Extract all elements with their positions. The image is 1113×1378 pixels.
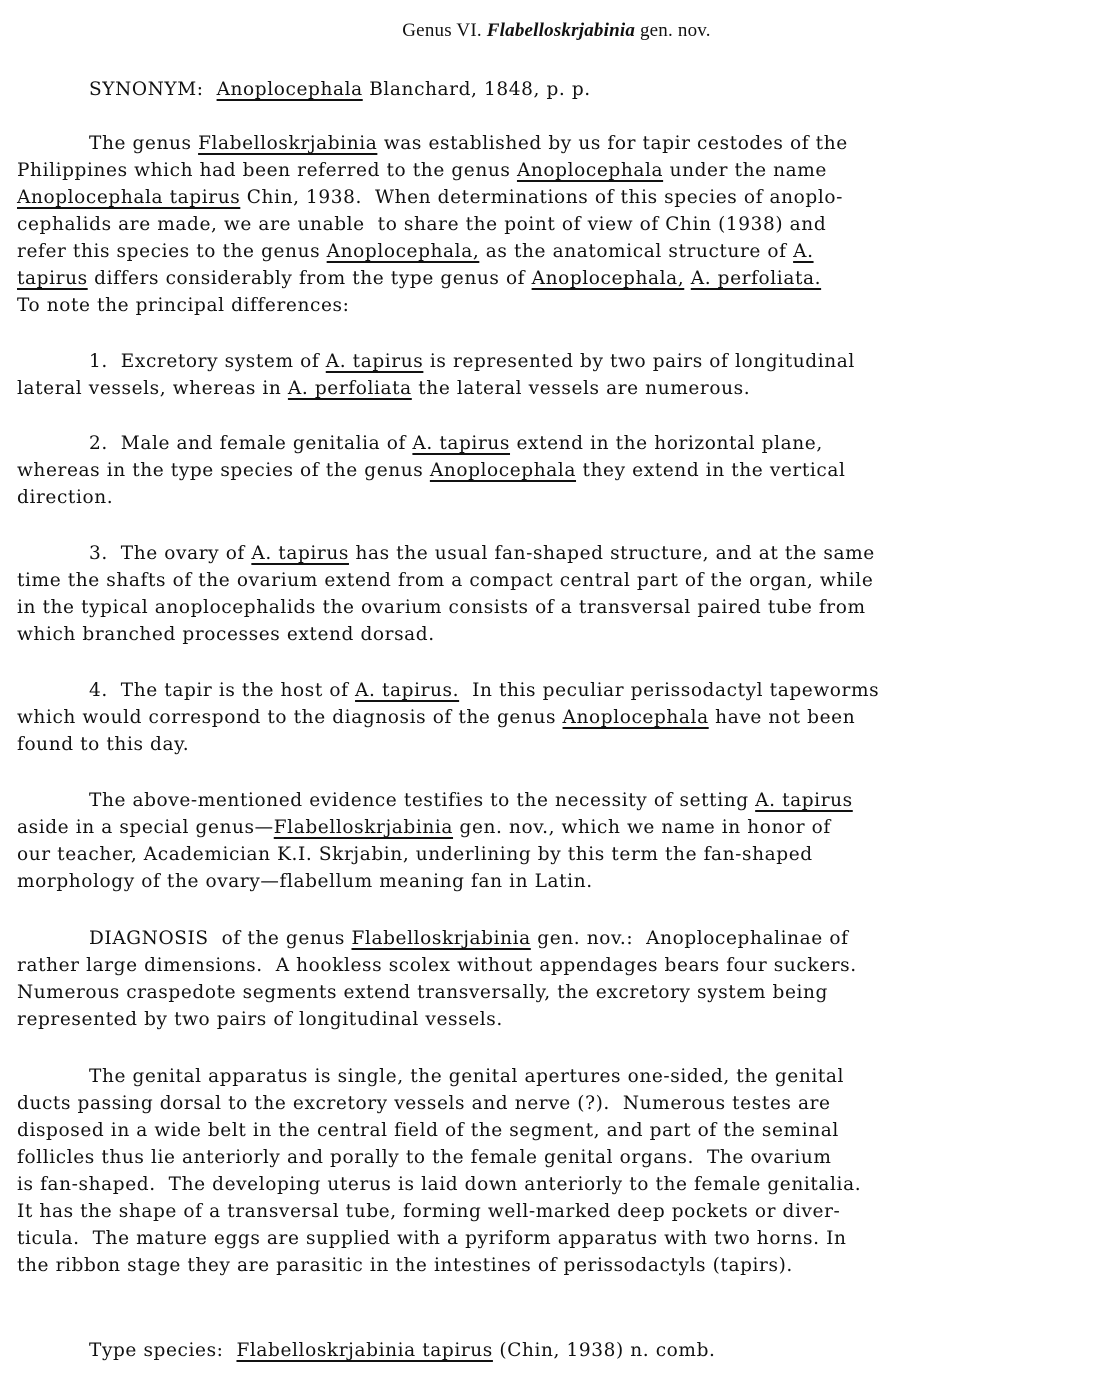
text-segment: direction. <box>17 487 113 508</box>
text-segment: whereas in the type species of the genus <box>17 460 430 481</box>
text-line: The above-mentioned evidence testifies t… <box>89 787 853 814</box>
text-line: follicles thus lie anteriorly and porall… <box>17 1144 832 1171</box>
text-segment: is represented by two pairs of longitudi… <box>423 351 855 372</box>
text-line: cephalids are made, we are unable to sha… <box>17 211 826 238</box>
text-segment: ducts passing dorsal to the excretory ve… <box>17 1093 831 1114</box>
text-segment: morphology of the ovary—flabellum meanin… <box>17 871 593 892</box>
title-genus-name: Flabelloskrjabinia <box>487 20 635 41</box>
text-line: direction. <box>17 484 113 511</box>
text-line: Numerous craspedote segments extend tran… <box>17 979 828 1006</box>
underlined-taxon-name: Anoplocephala <box>217 79 363 100</box>
text-segment: It has the shape of a transversal tube, … <box>17 1201 840 1222</box>
text-segment: have not been <box>709 707 856 728</box>
text-line: SYNONYM: Anoplocephala Blanchard, 1848, … <box>89 76 591 103</box>
text-segment: Blanchard, 1848, p. p. <box>363 79 591 100</box>
underlined-taxon-name: A. perfoliata <box>288 378 412 399</box>
underlined-taxon-name: A. perfoliata. <box>691 268 821 289</box>
text-segment: which would correspond to the diagnosis … <box>17 707 563 728</box>
text-line: DIAGNOSIS of the genus Flabelloskrjabini… <box>89 925 849 952</box>
text-segment: lateral vessels, whereas in <box>17 378 288 399</box>
text-line: The genus Flabelloskrjabinia was establi… <box>89 130 848 157</box>
underlined-taxon-name: A. tapirus <box>251 543 349 564</box>
text-line: The genital apparatus is single, the gen… <box>89 1063 844 1090</box>
text-segment: cephalids are made, we are unable to sha… <box>17 214 826 235</box>
text-line: To note the principal differences: <box>17 292 349 319</box>
text-line: the ribbon stage they are parasitic in t… <box>17 1252 793 1279</box>
text-segment: our teacher, Academician K.I. Skrjabin, … <box>17 844 813 865</box>
text-segment: 4. The tapir is the host of <box>89 680 355 701</box>
text-line: disposed in a wide belt in the central f… <box>17 1117 839 1144</box>
title-prefix: Genus VI. <box>402 20 487 41</box>
text-segment: ticula. The mature eggs are supplied wit… <box>17 1228 847 1249</box>
text-line: is fan-shaped. The developing uterus is … <box>17 1171 861 1198</box>
text-segment: Numerous craspedote segments extend tran… <box>17 982 828 1003</box>
text-line: ducts passing dorsal to the excretory ve… <box>17 1090 831 1117</box>
text-segment: the ribbon stage they are parasitic in t… <box>17 1255 793 1276</box>
text-segment: extend in the horizontal plane, <box>510 433 823 454</box>
text-segment: SYNONYM: <box>89 79 217 100</box>
text-segment: under the name <box>663 160 827 181</box>
underlined-taxon-name: Flabelloskrjabinia <box>274 817 453 838</box>
text-segment: DIAGNOSIS of the genus <box>89 928 352 949</box>
underlined-taxon-name: Anoplocephala <box>517 160 663 181</box>
text-line: Anoplocephala tapirus Chin, 1938. When d… <box>17 184 843 211</box>
text-line: time the shafts of the ovarium extend fr… <box>17 567 873 594</box>
text-segment: (Chin, 1938) n. comb. <box>493 1340 716 1361</box>
text-segment: as the anatomical structure of <box>479 241 793 262</box>
text-segment: 3. The ovary of <box>89 543 251 564</box>
text-segment: gen. nov.: Anoplocephalinae of <box>531 928 849 949</box>
underlined-taxon-name: Flabelloskrjabinia tapirus <box>236 1340 492 1361</box>
text-segment: The above-mentioned evidence testifies t… <box>89 790 755 811</box>
text-segment: disposed in a wide belt in the central f… <box>17 1120 839 1141</box>
text-line: in the typical anoplocephalids the ovari… <box>17 594 866 621</box>
text-segment: In this peculiar perissodactyl tapeworms <box>459 680 879 701</box>
document-page: Genus VI. Flabelloskrjabinia gen. nov. S… <box>0 0 1113 1378</box>
text-segment: 2. Male and female genitalia of <box>89 433 412 454</box>
text-line: Type species: Flabelloskrjabinia tapirus… <box>89 1337 716 1364</box>
text-segment: time the shafts of the ovarium extend fr… <box>17 570 873 591</box>
text-segment: was established by us for tapir cestodes… <box>377 133 847 154</box>
underlined-taxon-name: A. tapirus <box>755 790 853 811</box>
text-line: 1. Excretory system of A. tapirus is rep… <box>89 348 855 375</box>
text-line: found to this day. <box>17 731 189 758</box>
underlined-taxon-name: Anoplocephala, <box>532 268 685 289</box>
text-line: 4. The tapir is the host of A. tapirus. … <box>89 677 879 704</box>
text-line: refer this species to the genus Anoploce… <box>17 238 814 265</box>
underlined-taxon-name: A. <box>793 241 813 262</box>
text-segment: The genital apparatus is single, the gen… <box>89 1066 844 1087</box>
text-segment: rather large dimensions. A hookless scol… <box>17 955 857 976</box>
text-segment: represented by two pairs of longitudinal… <box>17 1009 503 1030</box>
text-segment: in the typical anoplocephalids the ovari… <box>17 597 866 618</box>
text-segment: refer this species to the genus <box>17 241 327 262</box>
text-line: It has the shape of a transversal tube, … <box>17 1198 840 1225</box>
underlined-taxon-name: A. tapirus. <box>355 680 459 701</box>
text-line: which branched processes extend dorsad. <box>17 621 435 648</box>
text-line: represented by two pairs of longitudinal… <box>17 1006 503 1033</box>
page-title: Genus VI. Flabelloskrjabinia gen. nov. <box>0 20 1113 42</box>
text-segment: aside in a special genus— <box>17 817 274 838</box>
text-segment: the lateral vessels are numerous. <box>412 378 750 399</box>
underlined-taxon-name: Flabelloskrjabinia <box>198 133 377 154</box>
text-segment: they extend in the vertical <box>576 460 846 481</box>
underlined-taxon-name: Anoplocephala, <box>327 241 480 262</box>
text-segment: gen. nov., which we name in honor of <box>453 817 831 838</box>
text-segment: follicles thus lie anteriorly and porall… <box>17 1147 832 1168</box>
text-segment: differs considerably from the type genus… <box>88 268 532 289</box>
text-segment: To note the principal differences: <box>17 295 349 316</box>
text-segment: Chin, 1938. When determinations of this … <box>240 187 843 208</box>
underlined-taxon-name: A. tapirus <box>326 351 424 372</box>
text-segment: is fan-shaped. The developing uterus is … <box>17 1174 861 1195</box>
text-line: whereas in the type species of the genus… <box>17 457 846 484</box>
underlined-taxon-name: Flabelloskrjabinia <box>352 928 531 949</box>
text-line: 3. The ovary of A. tapirus has the usual… <box>89 540 875 567</box>
underlined-taxon-name: tapirus <box>17 268 88 289</box>
text-line: tapirus differs considerably from the ty… <box>17 265 821 292</box>
text-segment: Philippines which had been referred to t… <box>17 160 517 181</box>
text-line: ticula. The mature eggs are supplied wit… <box>17 1225 847 1252</box>
text-segment: has the usual fan-shaped structure, and … <box>349 543 875 564</box>
underlined-taxon-name: Anoplocephala <box>430 460 576 481</box>
text-segment: 1. Excretory system of <box>89 351 326 372</box>
text-line: morphology of the ovary—flabellum meanin… <box>17 868 593 895</box>
text-line: lateral vessels, whereas in A. perfoliat… <box>17 375 750 402</box>
underlined-taxon-name: Anoplocephala tapirus <box>17 187 240 208</box>
text-line: rather large dimensions. A hookless scol… <box>17 952 857 979</box>
text-segment: which branched processes extend dorsad. <box>17 624 435 645</box>
underlined-taxon-name: Anoplocephala <box>563 707 709 728</box>
text-line: aside in a special genus—Flabelloskrjabi… <box>17 814 831 841</box>
text-line: 2. Male and female genitalia of A. tapir… <box>89 430 823 457</box>
text-segment: found to this day. <box>17 734 189 755</box>
text-line: Philippines which had been referred to t… <box>17 157 827 184</box>
underlined-taxon-name: A. tapirus <box>412 433 510 454</box>
text-line: which would correspond to the diagnosis … <box>17 704 855 731</box>
text-line: our teacher, Academician K.I. Skrjabin, … <box>17 841 813 868</box>
text-segment: The genus <box>89 133 198 154</box>
text-segment: Type species: <box>89 1340 236 1361</box>
title-suffix: gen. nov. <box>635 20 711 41</box>
